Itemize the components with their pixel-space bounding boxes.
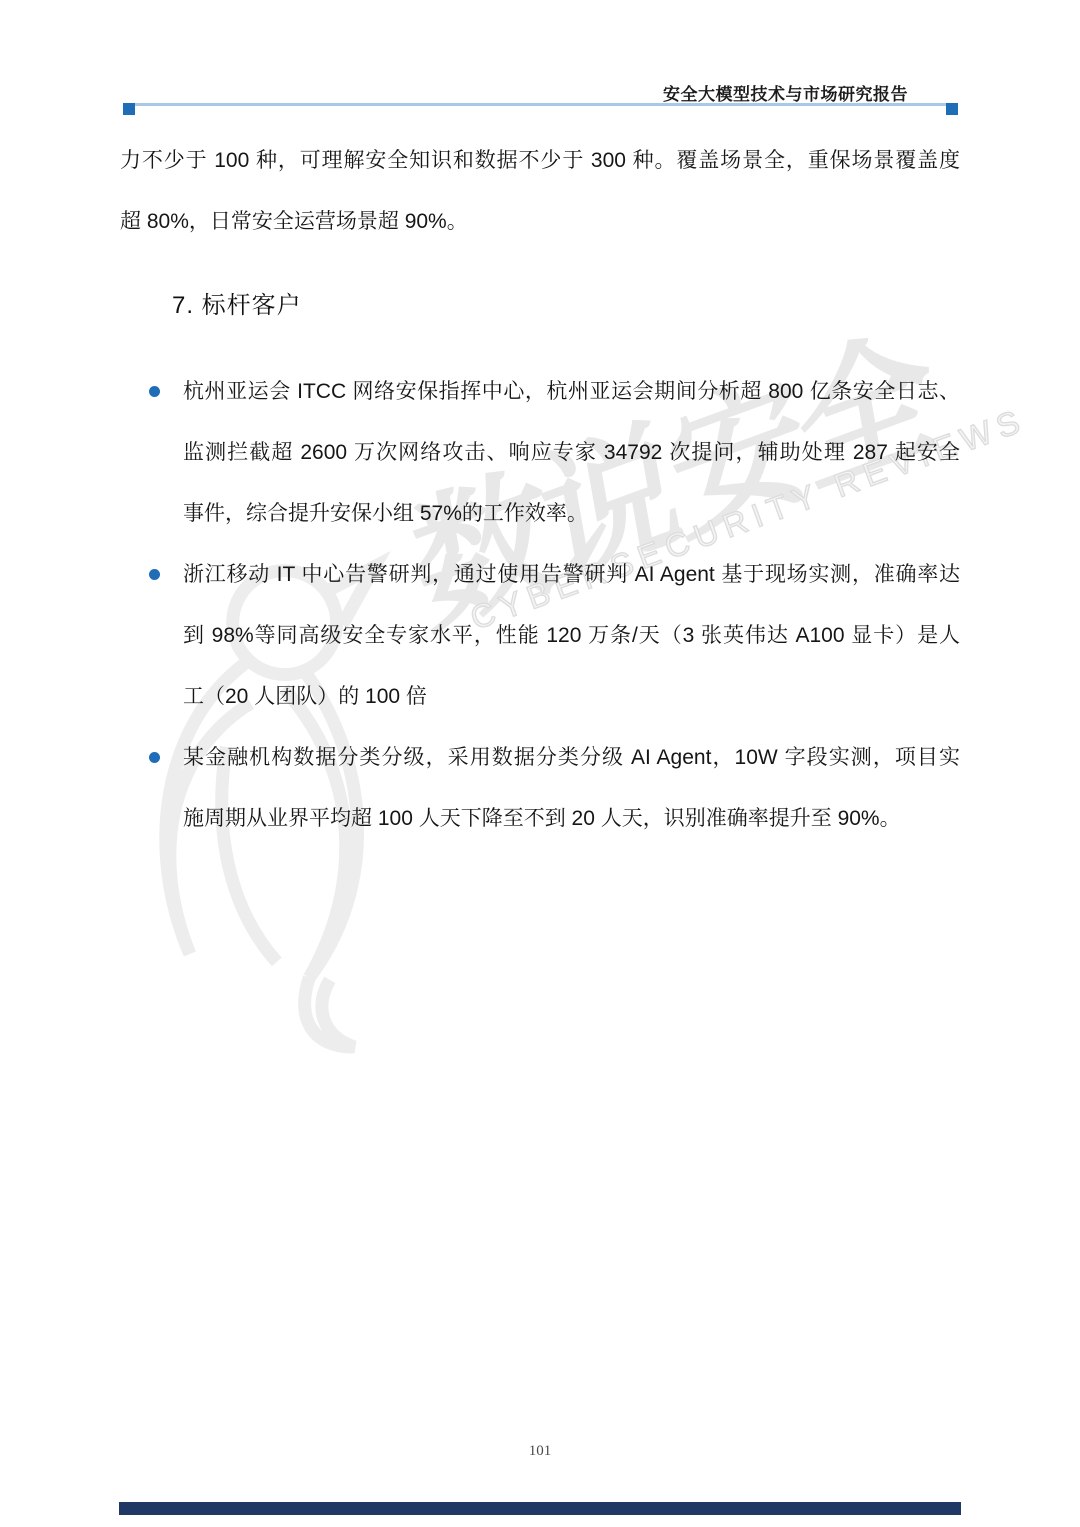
list-item-line-wrap: 事件，综合提升安保小组 57%的工作效率。 [120,483,960,544]
bullet-dot-icon [149,752,160,763]
list-item-line: 施周期从业界平均超 100 人天下降至不到 20 人天，识别准确率提升至 90%… [183,788,960,849]
report-page: 数说安全 CYBERSECURITY REVIEWS 安全大模型技术与市场研究报… [0,0,1080,1527]
footer-bar [119,1502,961,1515]
paragraph-line: 力不少于 100 种，可理解安全知识和数据不少于 300 种。覆盖场景全，重保场… [120,130,960,191]
list-item-line-wrap: 监测拦截超 2600 万次网络攻击、响应专家 34792 次提问，辅助处理 28… [120,422,960,483]
list-item-line-wrap: 工（20 人团队）的 100 倍 [120,666,960,727]
body-paragraph: 力不少于 100 种，可理解安全知识和数据不少于 300 种。覆盖场景全，重保场… [120,130,960,252]
list-item: 浙江移动 IT 中心告警研判，通过使用告警研判 AI Agent 基于现场实测，… [120,544,960,605]
page-number: 101 [0,1443,1080,1460]
section-heading: 7. 标杆客户 [172,285,302,320]
bullet-dot-icon [149,569,160,580]
paragraph-line: 超 80%，日常安全运营场景超 90%。 [120,191,960,252]
list-item-line: 事件，综合提升安保小组 57%的工作效率。 [183,483,960,544]
header-rule-left-square-icon [123,103,135,115]
benchmark-customer-list: 杭州亚运会 ITCC 网络安保指挥中心，杭州亚运会期间分析超 800 亿条安全日… [120,361,960,849]
list-item-line: 杭州亚运会 ITCC 网络安保指挥中心，杭州亚运会期间分析超 800 亿条安全日… [183,361,960,422]
list-item-line: 监测拦截超 2600 万次网络攻击、响应专家 34792 次提问，辅助处理 28… [183,422,960,483]
list-item-line-wrap: 施周期从业界平均超 100 人天下降至不到 20 人天，识别准确率提升至 90%… [120,788,960,849]
list-item: 杭州亚运会 ITCC 网络安保指挥中心，杭州亚运会期间分析超 800 亿条安全日… [120,361,960,422]
list-item-line: 某金融机构数据分类分级，采用数据分类分级 AI Agent，10W 字段实测，项… [183,727,960,788]
list-item-line: 浙江移动 IT 中心告警研判，通过使用告警研判 AI Agent 基于现场实测，… [183,544,960,605]
page-header-title: 安全大模型技术与市场研究报告 [663,80,908,105]
header-rule-right-square-icon [946,103,958,115]
list-item: 某金融机构数据分类分级，采用数据分类分级 AI Agent，10W 字段实测，项… [120,727,960,788]
list-item-line: 工（20 人团队）的 100 倍 [183,666,960,727]
header-rule [123,103,958,106]
list-item-line: 到 98%等同高级安全专家水平，性能 120 万条/天（3 张英伟达 A100 … [183,605,960,666]
list-item-line-wrap: 到 98%等同高级安全专家水平，性能 120 万条/天（3 张英伟达 A100 … [120,605,960,666]
bullet-dot-icon [149,386,160,397]
